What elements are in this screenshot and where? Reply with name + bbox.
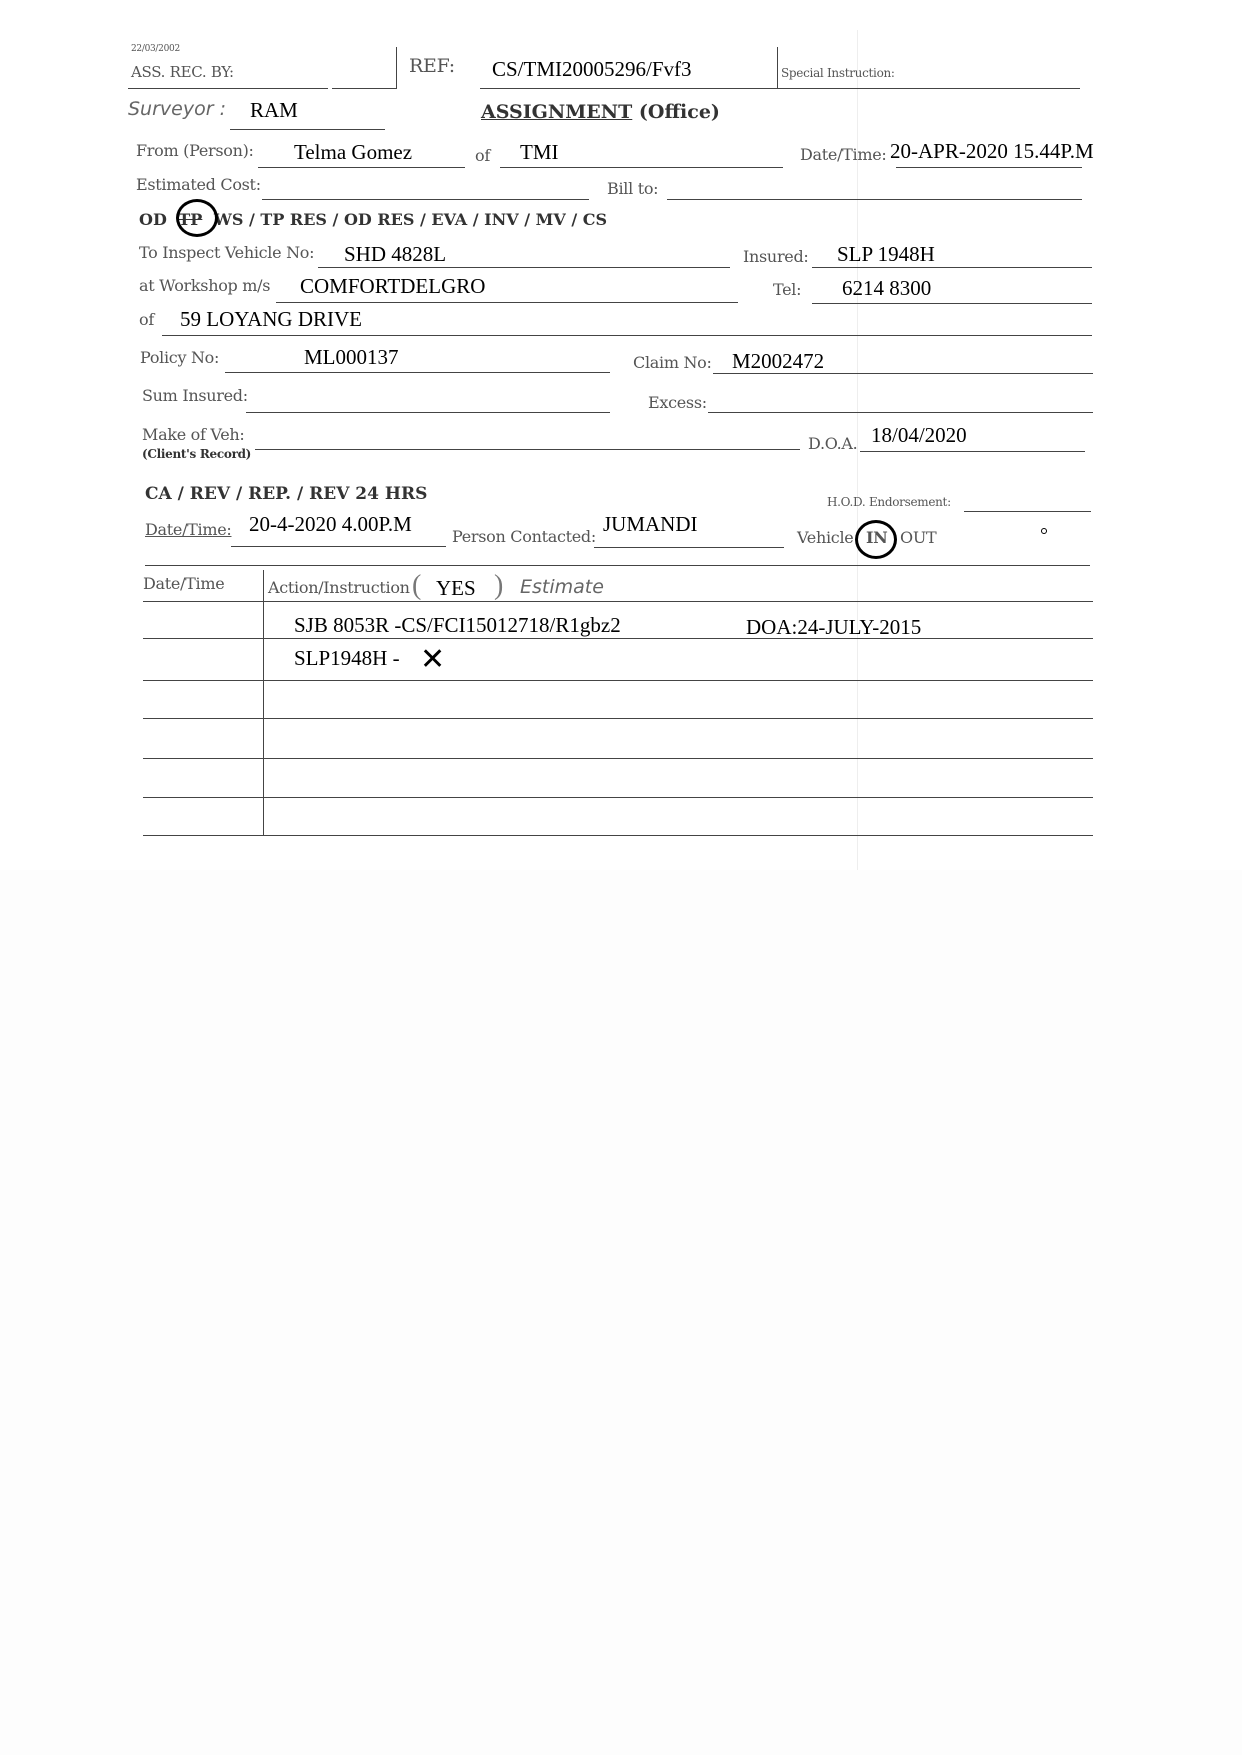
tel-underline <box>812 303 1092 304</box>
ass-rec-by-label: ASS. REC. BY: <box>131 63 234 81</box>
log-row-2-action: SLP1948H - <box>294 646 400 671</box>
vehicle-label: Vehicle <box>797 528 853 547</box>
selected-type-circle <box>176 199 218 237</box>
inspect-vehicle-label: To Inspect Vehicle No: <box>139 243 314 262</box>
table-row-rule-2 <box>143 638 1093 639</box>
make-sublabel: (Client's Record) <box>142 447 251 461</box>
type-rest: WS / TP RES / OD RES / EVA / INV / MV / … <box>214 210 607 229</box>
datetime-underline <box>896 167 1082 168</box>
claim-value: M2002472 <box>732 349 824 374</box>
table-row-rule-4 <box>143 718 1093 719</box>
of-value: TMI <box>520 140 559 165</box>
inspect-vehicle-underline <box>318 267 730 268</box>
vehicle-in-circle <box>855 520 897 559</box>
surveyor-underline <box>230 129 385 130</box>
ref-label: REF: <box>409 55 455 77</box>
ass-rec-by-underline-2 <box>332 88 397 89</box>
action-note: Estimate <box>520 576 604 598</box>
table-row-rule-1 <box>143 601 1093 602</box>
workshop-value: COMFORTDELGRO <box>300 274 485 299</box>
assignment-title-main: ASSIGNMENT <box>481 101 632 123</box>
claim-underline <box>713 373 1093 374</box>
tel-value: 6214 8300 <box>842 276 931 301</box>
from-person-label: From (Person): <box>136 141 254 160</box>
sum-insured-underline <box>246 412 610 413</box>
log-row-1-extra: DOA:24-JULY-2015 <box>746 615 921 640</box>
person-contacted-value: JUMANDI <box>603 512 698 537</box>
doa-label: D.O.A. <box>808 434 857 453</box>
paren-open: ( <box>412 570 421 602</box>
review-datetime-label: Date/Time: <box>145 520 231 539</box>
datetime-label: Date/Time: <box>800 145 886 164</box>
ref-divider <box>396 47 397 88</box>
review-options: CA / REV / REP. / REV 24 HRS <box>145 484 427 504</box>
estimated-cost-underline <box>262 199 589 200</box>
stray-mark <box>1041 528 1047 534</box>
surveyor-value: RAM <box>250 98 298 123</box>
of-label: of <box>475 146 490 165</box>
ref-underline <box>480 88 1080 89</box>
hod-underline <box>964 511 1091 512</box>
table-header-action: Action/Instruction <box>268 578 410 597</box>
table-column-divider <box>263 570 264 835</box>
inspect-vehicle-value: SHD 4828L <box>344 242 446 267</box>
assignment-title: ASSIGNMENT (Office) <box>481 101 720 123</box>
vehicle-out: OUT <box>900 528 936 547</box>
make-underline <box>255 449 800 450</box>
excess-underline <box>708 412 1093 413</box>
log-row-1-action: SJB 8053R -CS/FCI15012718/R1gbz2 <box>294 613 621 638</box>
ref-value: CS/TMI20005296/Fvf3 <box>492 57 692 82</box>
date-stamp: 22/03/2002 <box>131 44 180 54</box>
policy-value: ML000137 <box>304 345 399 370</box>
sum-insured-label: Sum Insured: <box>142 386 248 405</box>
table-top-rule <box>145 565 1090 566</box>
review-datetime-underline <box>231 546 446 547</box>
assignment-title-suffix: (Office) <box>639 101 720 123</box>
hod-label: H.O.D. Endorsement: <box>827 495 951 509</box>
ass-rec-by-underline <box>128 88 328 89</box>
table-row-rule-7 <box>143 835 1093 836</box>
action-answer: YES <box>436 576 476 601</box>
special-instruction-label: Special Instruction: <box>781 66 895 80</box>
paren-close: ) <box>494 570 503 602</box>
table-row-rule-3 <box>143 680 1093 681</box>
workshop-underline <box>276 302 738 303</box>
tel-label: Tel: <box>773 280 801 299</box>
insured-label: Insured: <box>743 247 809 266</box>
special-divider <box>777 47 778 88</box>
type-od: OD <box>139 210 167 229</box>
insured-underline <box>812 267 1092 268</box>
person-contacted-label: Person Contacted: <box>452 527 596 546</box>
cross-mark-icon: ✕ <box>420 642 445 677</box>
address-value: 59 LOYANG DRIVE <box>180 307 362 332</box>
scanned-form: 22/03/2002 ASS. REC. BY: REF: CS/TMI2000… <box>0 0 1242 870</box>
insured-value: SLP 1948H <box>837 242 935 267</box>
surveyor-label: Surveyor : <box>128 98 226 120</box>
table-row-rule-6 <box>143 797 1093 798</box>
estimated-cost-label: Estimated Cost: <box>136 175 261 194</box>
make-label: Make of Veh: <box>142 425 244 444</box>
excess-label: Excess: <box>648 393 707 412</box>
person-contacted-underline <box>594 547 784 548</box>
datetime-value: 20-APR-2020 15.44P.M <box>890 139 1094 164</box>
from-underline <box>258 167 465 168</box>
bill-to-label: Bill to: <box>607 179 658 198</box>
from-person-value: Telma Gomez <box>294 140 412 165</box>
policy-label: Policy No: <box>140 348 219 367</box>
doa-underline <box>860 451 1085 452</box>
table-header-datetime: Date/Time <box>143 574 224 593</box>
of-underline <box>500 167 783 168</box>
doa-value: 18/04/2020 <box>871 423 967 448</box>
bill-to-underline <box>667 199 1082 200</box>
address-underline <box>162 335 1092 336</box>
table-row-rule-5 <box>143 758 1093 759</box>
address-label: of <box>139 310 154 329</box>
claim-label: Claim No: <box>633 353 712 372</box>
review-datetime-value: 20-4-2020 4.00P.M <box>249 512 412 537</box>
policy-underline <box>225 372 610 373</box>
workshop-label: at Workshop m/s <box>139 276 270 295</box>
